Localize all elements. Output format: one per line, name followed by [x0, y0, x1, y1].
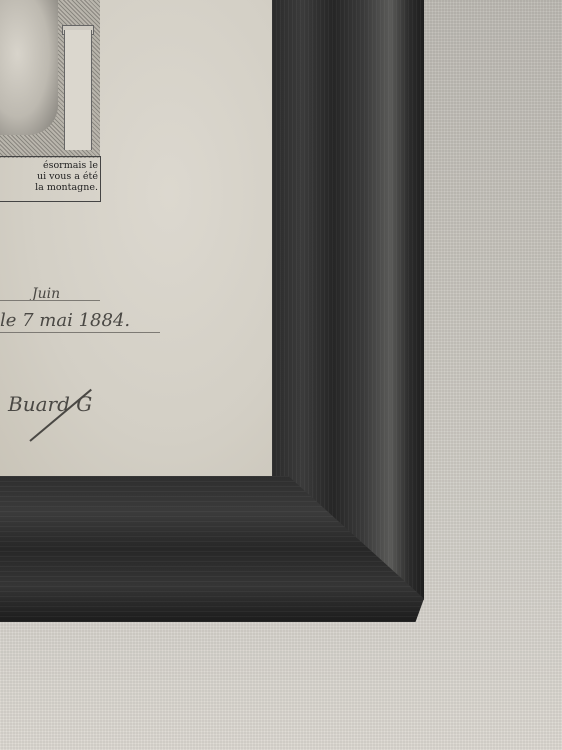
signature: Buard G — [8, 392, 92, 416]
rule-line — [0, 300, 100, 301]
engraving-illustration — [0, 0, 100, 158]
caption-text: ésormais le ui vous a été la montagne. — [0, 160, 98, 193]
handwritten-date: le 7 mai 1884. — [0, 310, 130, 331]
caption-line: la montagne. — [0, 182, 98, 193]
caption-line: ésormais le — [0, 160, 98, 171]
kneeling-figure — [0, 0, 58, 135]
caption-line: ui vous a été — [0, 171, 98, 182]
rule-line — [0, 332, 160, 333]
column — [64, 30, 92, 150]
certificate-paper: ésormais le ui vous a été la montagne. J… — [0, 0, 282, 484]
